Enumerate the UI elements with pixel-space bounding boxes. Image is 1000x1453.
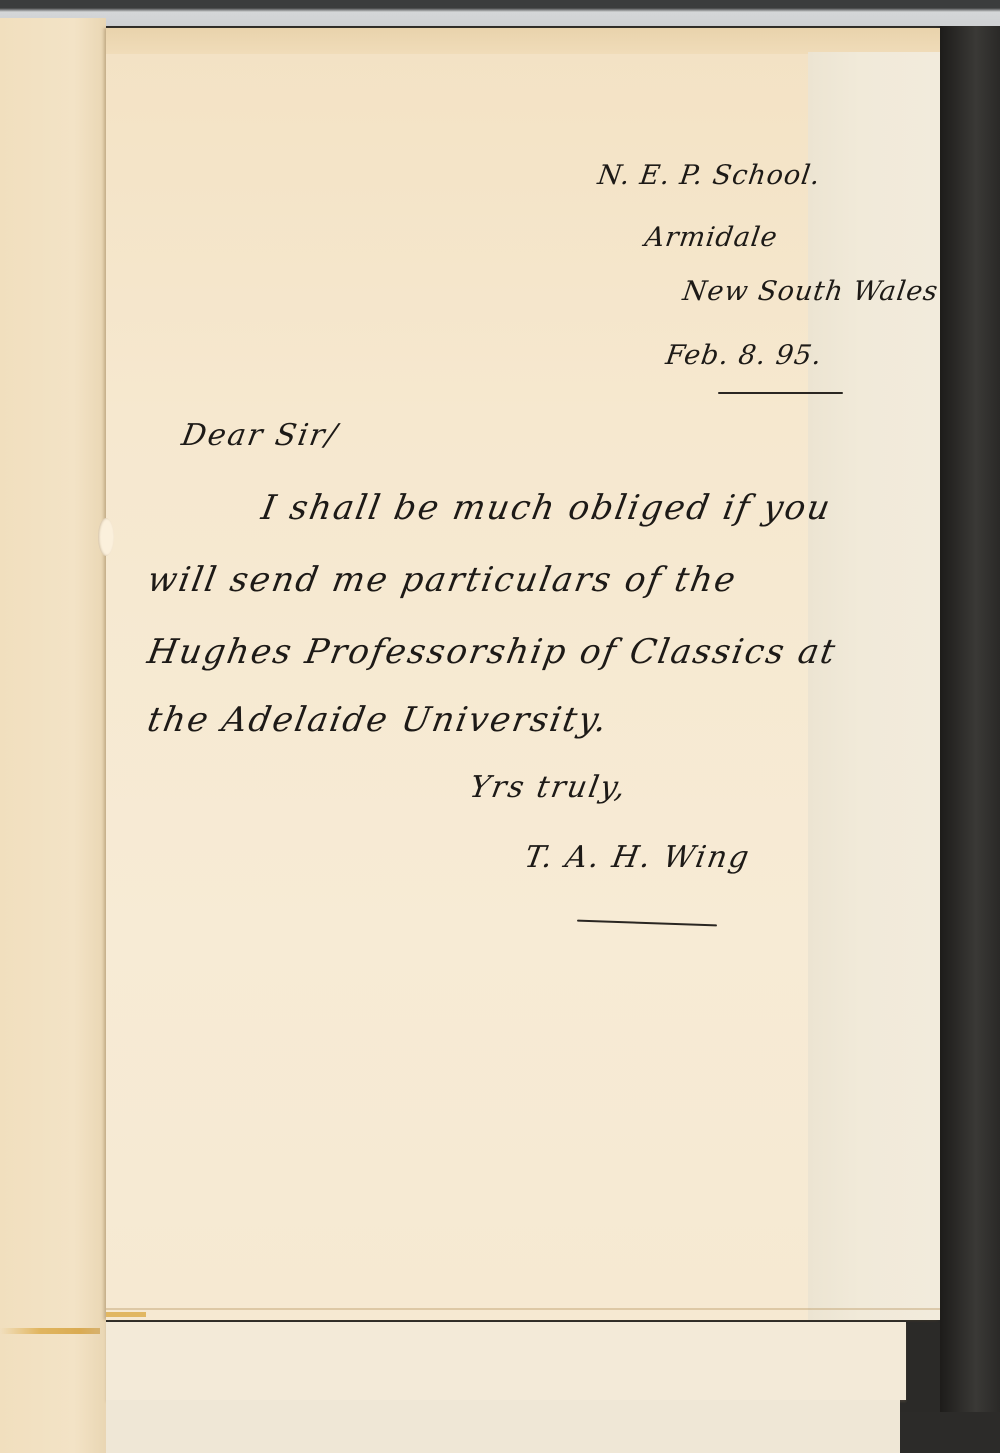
scanner-background-top [0, 0, 1000, 26]
adhesive-stain [0, 1328, 100, 1334]
adjacent-page [0, 18, 106, 1453]
address-line-town: Armidale [643, 222, 780, 253]
address-line-state: New South Wales [681, 276, 941, 307]
letter-date: Feb. 8. 95. [664, 340, 824, 371]
body-line-4: the Adelaide University. [144, 700, 611, 740]
body-line-1: I shall be much obliged if you [258, 488, 834, 528]
closing: Yrs truly, [467, 770, 630, 805]
salutation: Dear Sir/ [179, 418, 341, 453]
lower-page-edge [106, 1400, 900, 1453]
top-fold [106, 28, 940, 54]
bottom-fold-flap [106, 1322, 906, 1400]
letter-sheet [106, 28, 940, 1320]
paper-tear [98, 518, 114, 556]
address-line-school: N. E. P. School. [596, 160, 823, 191]
horizontal-crease [106, 1308, 940, 1310]
right-fold-panel [808, 52, 940, 1320]
date-underline [718, 392, 843, 394]
body-line-2: will send me particulars of the [144, 560, 740, 600]
body-line-3: Hughes Professorship of Classics at [144, 632, 839, 672]
scanner-background-right [940, 26, 1000, 1453]
signature: T. A. H. Wing [522, 840, 753, 875]
adhesive-stain [106, 1312, 146, 1317]
scanner-background-corner [900, 1412, 1000, 1453]
